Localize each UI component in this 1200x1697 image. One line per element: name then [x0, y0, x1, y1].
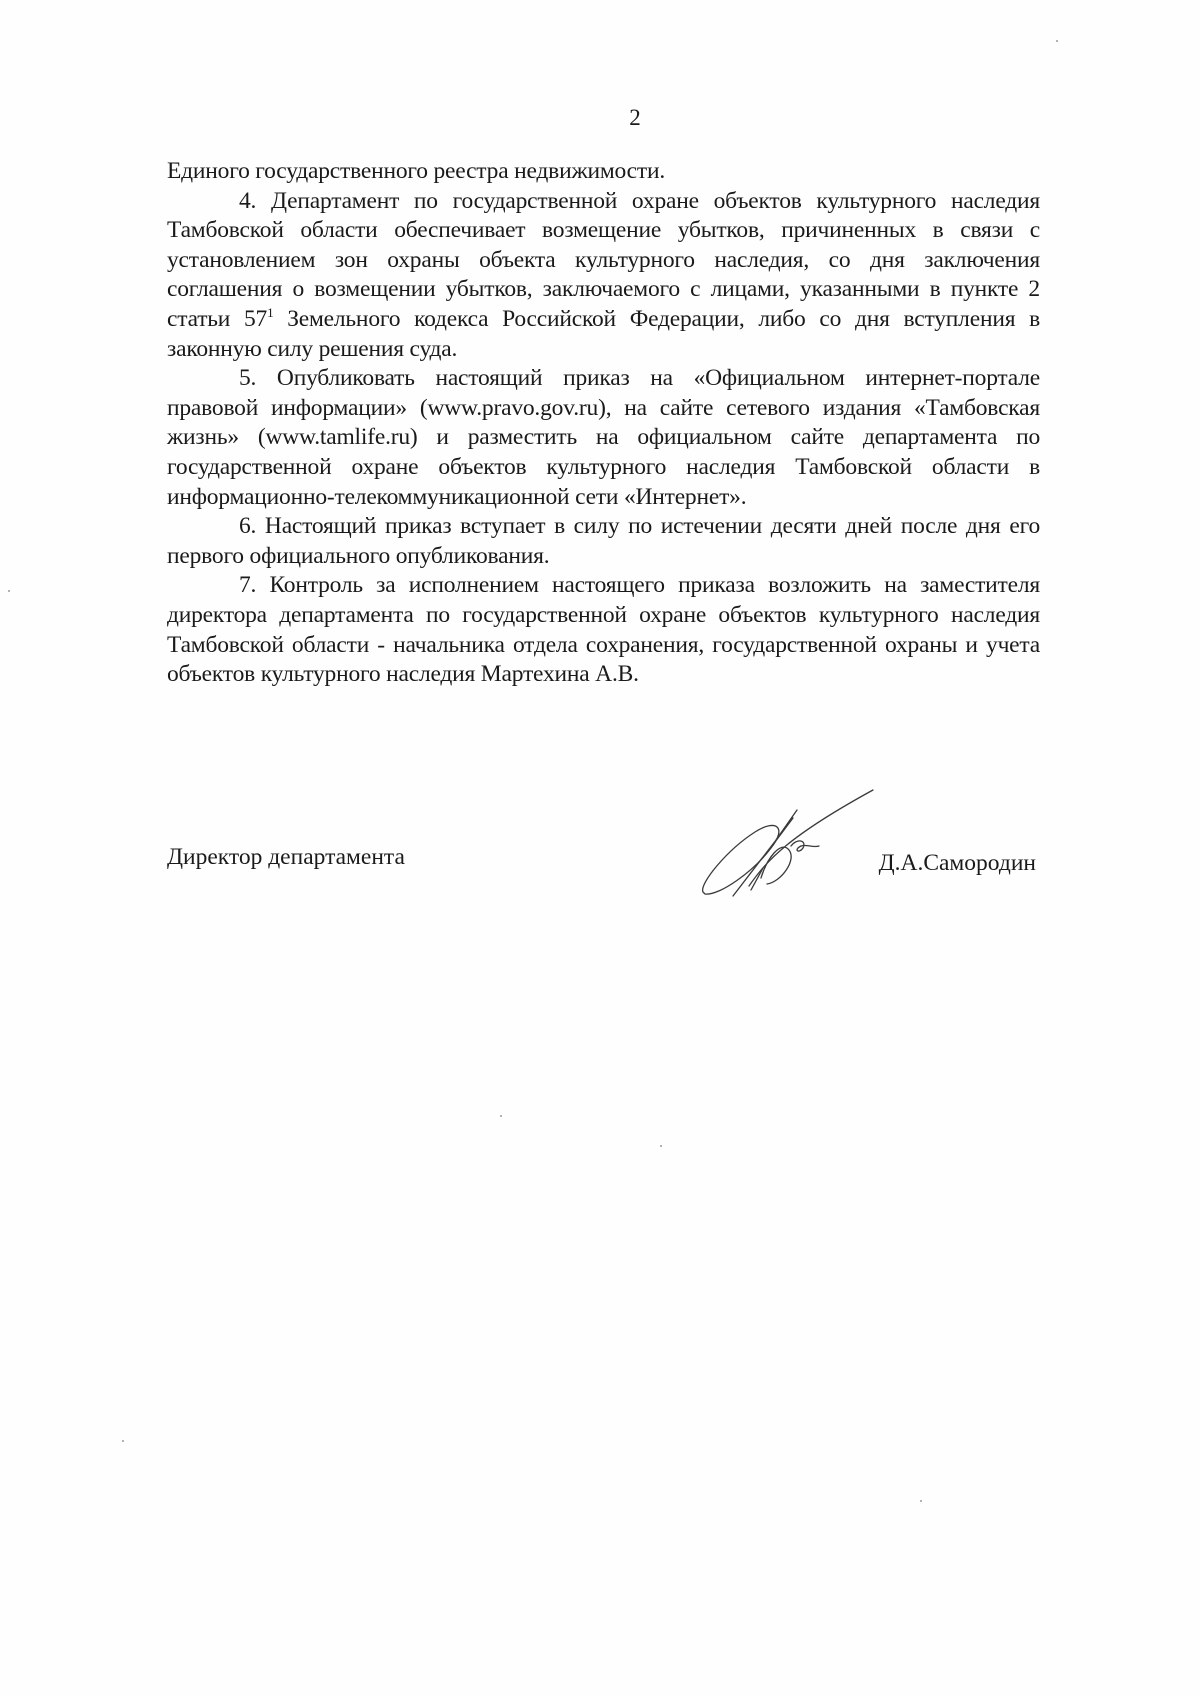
paragraph-6: 6. Настоящий приказ вступает в силу по и…	[167, 512, 1040, 571]
signature-icon	[697, 788, 887, 906]
page-number: 2	[0, 104, 1200, 132]
signature-block: Директор департамента Д.А.Самородин	[167, 840, 1040, 920]
paragraph-5: 5. Опубликовать настоящий приказ на «Офи…	[167, 364, 1040, 512]
scan-speck	[1056, 40, 1058, 42]
paragraph-4: 4. Департамент по государственной охране…	[167, 187, 1040, 365]
signatory-position: Директор департамента	[167, 842, 405, 872]
scan-speck	[500, 1115, 502, 1117]
scan-speck	[8, 590, 10, 592]
scan-speck	[660, 1145, 662, 1147]
scan-speck	[122, 1440, 124, 1442]
signatory-name: Д.А.Самородин	[879, 848, 1036, 878]
paragraph-7: 7. Контроль за исполнением настоящего пр…	[167, 571, 1040, 689]
paragraph-3-continuation: Единого государственного реестра недвижи…	[167, 157, 1040, 187]
paragraph-4-text-b: Земельного кодекса Российской Федерации,…	[167, 306, 1040, 362]
document-body: Единого государственного реестра недвижи…	[167, 157, 1040, 690]
document-page: 2 Единого государственного реестра недви…	[0, 0, 1200, 1697]
scan-speck	[920, 1500, 922, 1502]
